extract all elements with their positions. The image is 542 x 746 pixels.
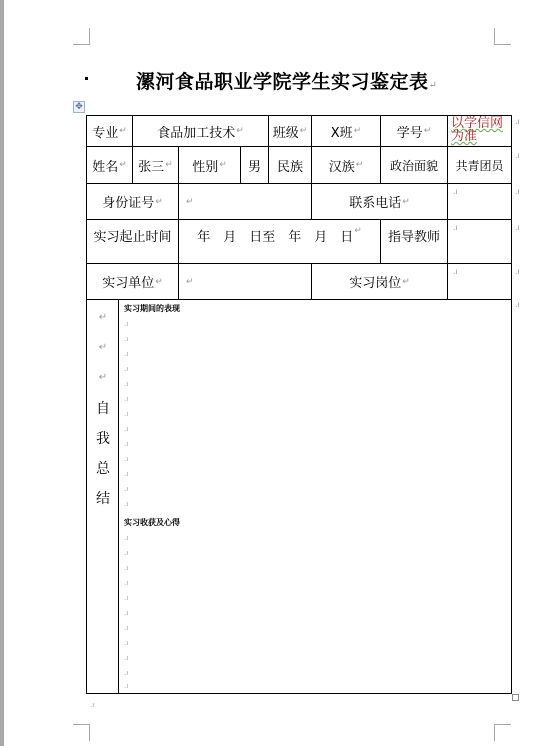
paragraph-mark-icon: ↵ (219, 160, 227, 170)
paragraph-mark-icon: .ı (124, 624, 128, 632)
paragraph-mark-icon: .ı (124, 350, 128, 358)
class-label: 班级 (273, 122, 299, 141)
paragraph-mark-icon: .ı (124, 654, 128, 662)
row-end-mark-icon: .ı (515, 223, 520, 232)
paragraph-mark-icon: .ı (124, 410, 128, 418)
paragraph-mark-icon: ↵ (354, 126, 362, 136)
major-label: 专业 (92, 122, 118, 141)
cell-end-mark-icon: .ı (453, 187, 458, 196)
paragraph-mark-icon: .ı (90, 701, 94, 709)
advisor-label: 指导教师 (388, 226, 440, 245)
list-bullet (85, 77, 88, 80)
section-heading-gains: 实习收获及心得 (124, 517, 180, 528)
vertical-label-char: 我 (87, 428, 119, 448)
id-number-value-cell[interactable]: ↵ (178, 183, 312, 220)
gender-label-cell[interactable]: 性别↵ (178, 146, 241, 184)
political-label-cell[interactable]: 政治面貌 (380, 146, 448, 184)
name-value-cell[interactable]: 张三↵ (132, 146, 179, 184)
name-label: 姓名 (92, 156, 118, 175)
paragraph-mark-icon: .ı (124, 669, 128, 677)
major-value: 食品加工技术 (157, 122, 235, 141)
class-value: X班 (331, 122, 353, 141)
paragraph-mark-icon: .ı (124, 485, 128, 493)
paragraph-mark-icon: ↵ (236, 126, 244, 136)
period-value-cell[interactable]: 年 月 日至 年 月 日↵ (178, 219, 381, 264)
student-id-value-cell[interactable]: 以学信网为准 (447, 115, 512, 147)
paragraph-mark-icon: ↵ (424, 126, 432, 136)
ethnicity-value: 汉族 (329, 156, 355, 175)
position-label: 实习岗位 (349, 272, 401, 291)
paragraph-mark-icon: ↵ (155, 277, 163, 287)
document-title[interactable]: 漯河食品职业学院学生实习鉴定表↵ (136, 67, 437, 94)
paragraph-mark-icon: ↵ (186, 197, 194, 207)
period-label-cell[interactable]: 实习起止时间 (86, 219, 179, 264)
paragraph-mark-icon: .ı (124, 639, 128, 647)
margin-corner-top-left (73, 28, 90, 45)
paragraph-mark-icon: ↵ (119, 160, 127, 170)
paragraph-mark-icon: .ı (124, 395, 128, 403)
margin-corner-top-right (494, 28, 511, 45)
title-text: 漯河食品职业学院学生实习鉴定表 (136, 71, 429, 93)
paragraph-mark-icon: .ı (124, 365, 128, 373)
paragraph-mark-icon: ↵ (95, 342, 111, 353)
paragraph-mark-icon: .ı (124, 594, 128, 602)
gender-label: 性别 (192, 156, 218, 175)
paragraph-mark-icon: .ı (124, 440, 128, 448)
margin-corner-bottom-right (494, 724, 511, 741)
row-end-mark-icon: .ı (515, 267, 520, 276)
section-heading-performance: 实习期间的表现 (124, 303, 180, 314)
paragraph-mark-icon: .ı (124, 609, 128, 617)
cell-end-mark-icon: .ı (453, 223, 458, 232)
id-number-label-cell[interactable]: 身份证号↵ (86, 183, 179, 220)
gender-value: 男 (248, 156, 261, 175)
self-summary-label-cell[interactable]: ↵ ↵ ↵ 自 我 总 结 (86, 299, 119, 694)
paragraph-mark-icon: ↵ (95, 372, 111, 383)
name-label-cell[interactable]: 姓名↵ (86, 146, 133, 184)
period-label: 实习起止时间 (93, 226, 171, 245)
paragraph-mark-icon: .ı (124, 500, 128, 508)
paragraph-mark-icon: .ı (124, 579, 128, 587)
paragraph-mark-icon: ↵ (402, 197, 410, 207)
student-id-label-cell[interactable]: 学号↵ (380, 115, 448, 147)
window-left-edge (0, 0, 4, 746)
paragraph-mark-icon: .ı (124, 380, 128, 388)
ethnicity-label: 民族 (277, 156, 303, 175)
table-move-handle-icon[interactable]: ✥ (73, 101, 85, 113)
row-end-mark-icon: .ı (515, 187, 520, 196)
paragraph-mark-icon: .ı (124, 549, 128, 557)
unit-value-cell[interactable]: ↵ (178, 263, 312, 300)
paragraph-mark-icon: ↵ (356, 160, 364, 170)
vertical-label-char: 结 (87, 488, 119, 508)
paragraph-mark-icon: .ı (124, 534, 128, 542)
paragraph-mark-icon: .ı (124, 470, 128, 478)
major-label-cell[interactable]: 专业↵ (86, 115, 133, 147)
paragraph-mark-icon: ↵ (300, 126, 308, 136)
political-value-cell[interactable]: 共青团员 (447, 146, 512, 184)
political-label: 政治面貌 (390, 157, 438, 174)
paragraph-mark-icon: ↵ (429, 80, 438, 91)
major-value-cell[interactable]: 食品加工技术↵ (132, 115, 269, 147)
phone-label-cell[interactable]: 联系电话↵ (311, 183, 448, 220)
political-value: 共青团员 (455, 157, 503, 174)
paragraph-mark-icon: ↵ (186, 277, 194, 287)
vertical-label-char: 自 (87, 398, 119, 418)
margin-corner-bottom-left (73, 724, 90, 741)
phone-label: 联系电话 (349, 192, 401, 211)
self-summary-content-cell[interactable]: 实习期间的表现 .ı .ı .ı .ı .ı .ı .ı .ı .ı .ı .ı… (118, 299, 512, 694)
row-end-mark-icon: .ı (515, 151, 520, 160)
paragraph-mark-icon: .ı (124, 335, 128, 343)
student-id-value: 以学信网为准 (451, 117, 508, 143)
paragraph-mark-icon: ↵ (155, 197, 163, 207)
row-end-mark-icon: .ı (515, 300, 520, 309)
paragraph-mark-icon: ↵ (95, 312, 111, 323)
ethnicity-label-cell[interactable]: 民族 (268, 146, 312, 184)
vertical-label-char: 总 (87, 458, 119, 478)
paragraph-mark-icon: ↵ (402, 277, 410, 287)
id-number-label: 身份证号 (102, 192, 154, 211)
class-label-cell[interactable]: 班级↵ (268, 115, 312, 147)
table-resize-handle[interactable] (512, 694, 519, 701)
gender-value-cell[interactable]: 男 (240, 146, 269, 184)
paragraph-mark-icon: ↵ (354, 226, 362, 236)
paragraph-mark-icon: .ı (124, 455, 128, 463)
paragraph-mark-icon: ↵ (165, 160, 173, 170)
class-value-cell[interactable]: X班↵ (311, 115, 381, 147)
appraisal-table: 专业↵ 食品加工技术↵ 班级↵ X班↵ 学号↵ 以学信网为准 姓名↵ 张三↵ 性… (86, 115, 512, 694)
name-value: 张三 (138, 156, 164, 175)
unit-label-cell[interactable]: 实习单位↵ (86, 263, 179, 300)
paragraph-mark-icon: .ı (124, 320, 128, 328)
advisor-label-cell[interactable]: 指导教师 (380, 219, 448, 264)
row-end-mark-icon: .ı (515, 117, 520, 126)
unit-label: 实习单位 (102, 272, 154, 291)
student-id-label: 学号 (397, 122, 423, 141)
paragraph-mark-icon: .ı (124, 564, 128, 572)
period-value: 年 月 日至 年 月 日 (197, 226, 353, 245)
paragraph-mark-icon: .ı (124, 425, 128, 433)
position-label-cell[interactable]: 实习岗位↵ (311, 263, 448, 300)
cell-end-mark-icon: .ı (453, 267, 458, 276)
paragraph-mark-icon: .ı (124, 682, 128, 690)
paragraph-mark-icon: ↵ (119, 126, 127, 136)
ethnicity-value-cell[interactable]: 汉族↵ (311, 146, 381, 184)
